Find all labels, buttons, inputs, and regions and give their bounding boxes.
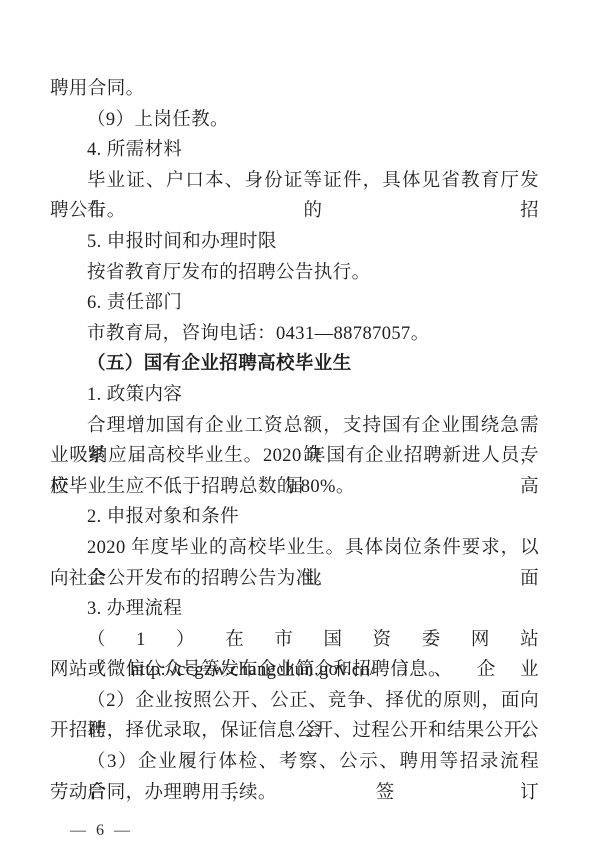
paragraph-line: 合理增加国有企业工资总额，支持国有企业围绕急需紧缺专 — [50, 411, 539, 442]
contact-phone-line: 市教育局，咨询电话：0431—88787057。 — [50, 319, 539, 350]
procedure-step-2: （2）企业按照公开、公正、竞争、择优的原则，面向社会公 — [50, 686, 539, 717]
page-number: — 6 — — [50, 821, 539, 841]
paragraph-line: 毕业证、户口本、身份证等证件，具体见省教育厅发布的招 — [50, 166, 539, 197]
chapter-heading-5-soe-recruitment: （五）国有企业招聘高校毕业生 — [50, 349, 539, 380]
procedure-step-1-with-url: （1）在市国资委网站（http://ccgzw.changchun.gov.cn… — [50, 625, 539, 656]
paragraph-line: 业吸纳应届高校毕业生。2020 年国有企业招聘新进人员，应届高 — [50, 441, 539, 472]
paragraph-line: 按省教育厅发布的招聘公告执行。 — [50, 258, 539, 289]
section-heading-5-time: 5. 申报时间和办理时限 — [50, 227, 539, 258]
section-heading-2-eligibility: 2. 申报对象和条件 — [50, 502, 539, 533]
section-heading-6-department: 6. 责任部门 — [50, 288, 539, 319]
section-heading-3-procedure: 3. 办理流程 — [50, 594, 539, 625]
paragraph-line: 2020 年度毕业的高校毕业生。具体岗位条件要求，以企业面 — [50, 533, 539, 564]
list-item-step-9: （9）上岗任教。 — [50, 105, 539, 136]
document-page: 聘用合同。 （9）上岗任教。 4. 所需材料 毕业证、户口本、身份证等证件，具体… — [0, 0, 589, 858]
paragraph-line: 开招聘，择优录取，保证信息公开、过程公开和结果公开。 — [50, 716, 539, 747]
section-heading-1-policy: 1. 政策内容 — [50, 380, 539, 411]
paragraph-continuation: 聘用合同。 — [50, 74, 539, 105]
procedure-step-3: （3）企业履行体检、考察、公示、聘用等招录流程后，签订 — [50, 747, 539, 778]
section-heading-4-materials: 4. 所需材料 — [50, 135, 539, 166]
